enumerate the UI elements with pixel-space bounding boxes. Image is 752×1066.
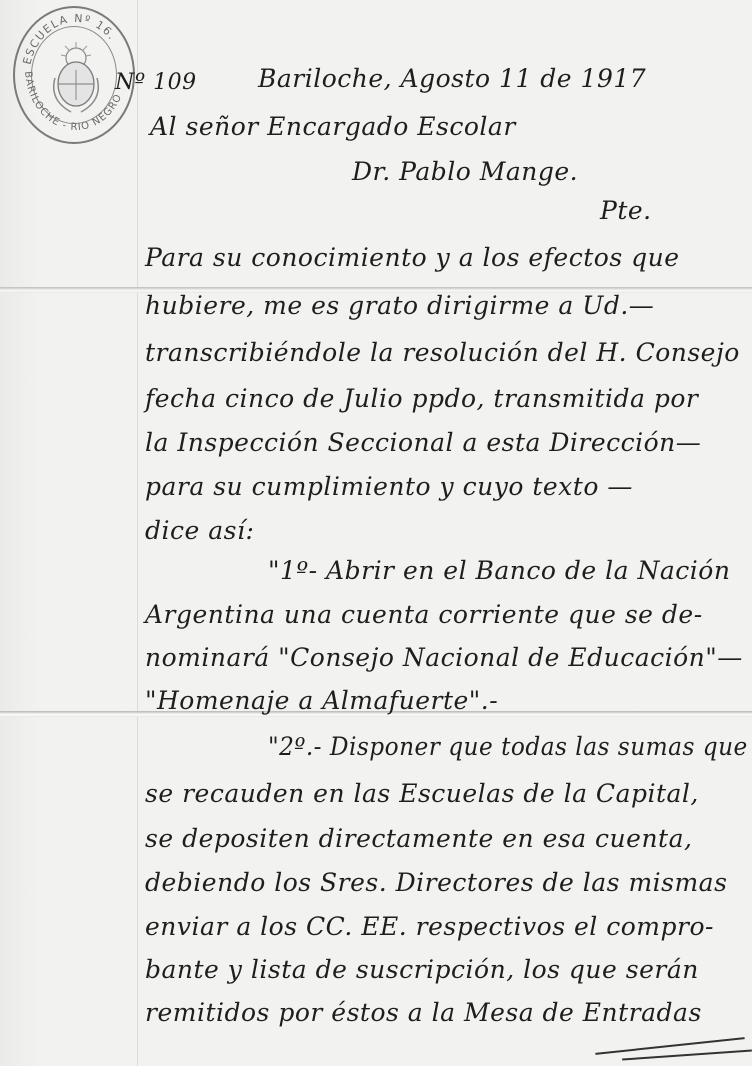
body-line: debiendo los Sres. Directores de las mis… — [145, 868, 727, 897]
recipient-title: Al señor Encargado Escolar — [150, 112, 516, 141]
recipient-name: Dr. Pablo Mange. — [352, 157, 578, 186]
body-line: se recauden en las Escuelas de la Capita… — [145, 779, 699, 808]
body-line: dice así: — [145, 516, 254, 545]
body-line: bante y lista de suscripción, los que se… — [145, 955, 699, 984]
body-line: "Homenaje a Almafuerte".- — [145, 686, 498, 715]
body-line: se depositen directamente en esa cuenta, — [145, 824, 692, 853]
body-line: nominará "Consejo Nacional de Educación"… — [145, 643, 743, 672]
resolution-item-2: "2º.- Disponer que todas las sumas que — [268, 732, 748, 761]
place-and-date: Bariloche, Agosto 11 de 1917 — [258, 64, 646, 93]
body-line: enviar a los CC. EE. respectivos el comp… — [145, 912, 714, 941]
recipient-abbrev: Pte. — [600, 196, 652, 225]
body-line: Para su conocimiento y a los efectos que — [145, 243, 680, 272]
body-line: para su cumplimiento y cuyo texto — — [145, 472, 633, 501]
body-line: transcribiéndole la resolución del H. Co… — [145, 338, 740, 367]
body-line: la Inspección Seccional a esta Dirección… — [145, 428, 701, 457]
body-line: Argentina una cuenta corriente que se de… — [145, 600, 703, 629]
body-line: hubiere, me es grato dirigirme a Ud.— — [145, 291, 654, 320]
letter-number: Nº 109 — [115, 70, 197, 95]
body-line: remitidos por éstos a la Mesa de Entrada… — [145, 998, 702, 1027]
body-line: fecha cinco de Julio ppdo, transmitida p… — [145, 384, 698, 413]
svg-text:ESCUELA Nº 16.: ESCUELA Nº 16. — [20, 12, 119, 66]
margin-line — [137, 0, 138, 1066]
resolution-item-1: "1º- Abrir en el Banco de la Nación — [268, 556, 730, 585]
